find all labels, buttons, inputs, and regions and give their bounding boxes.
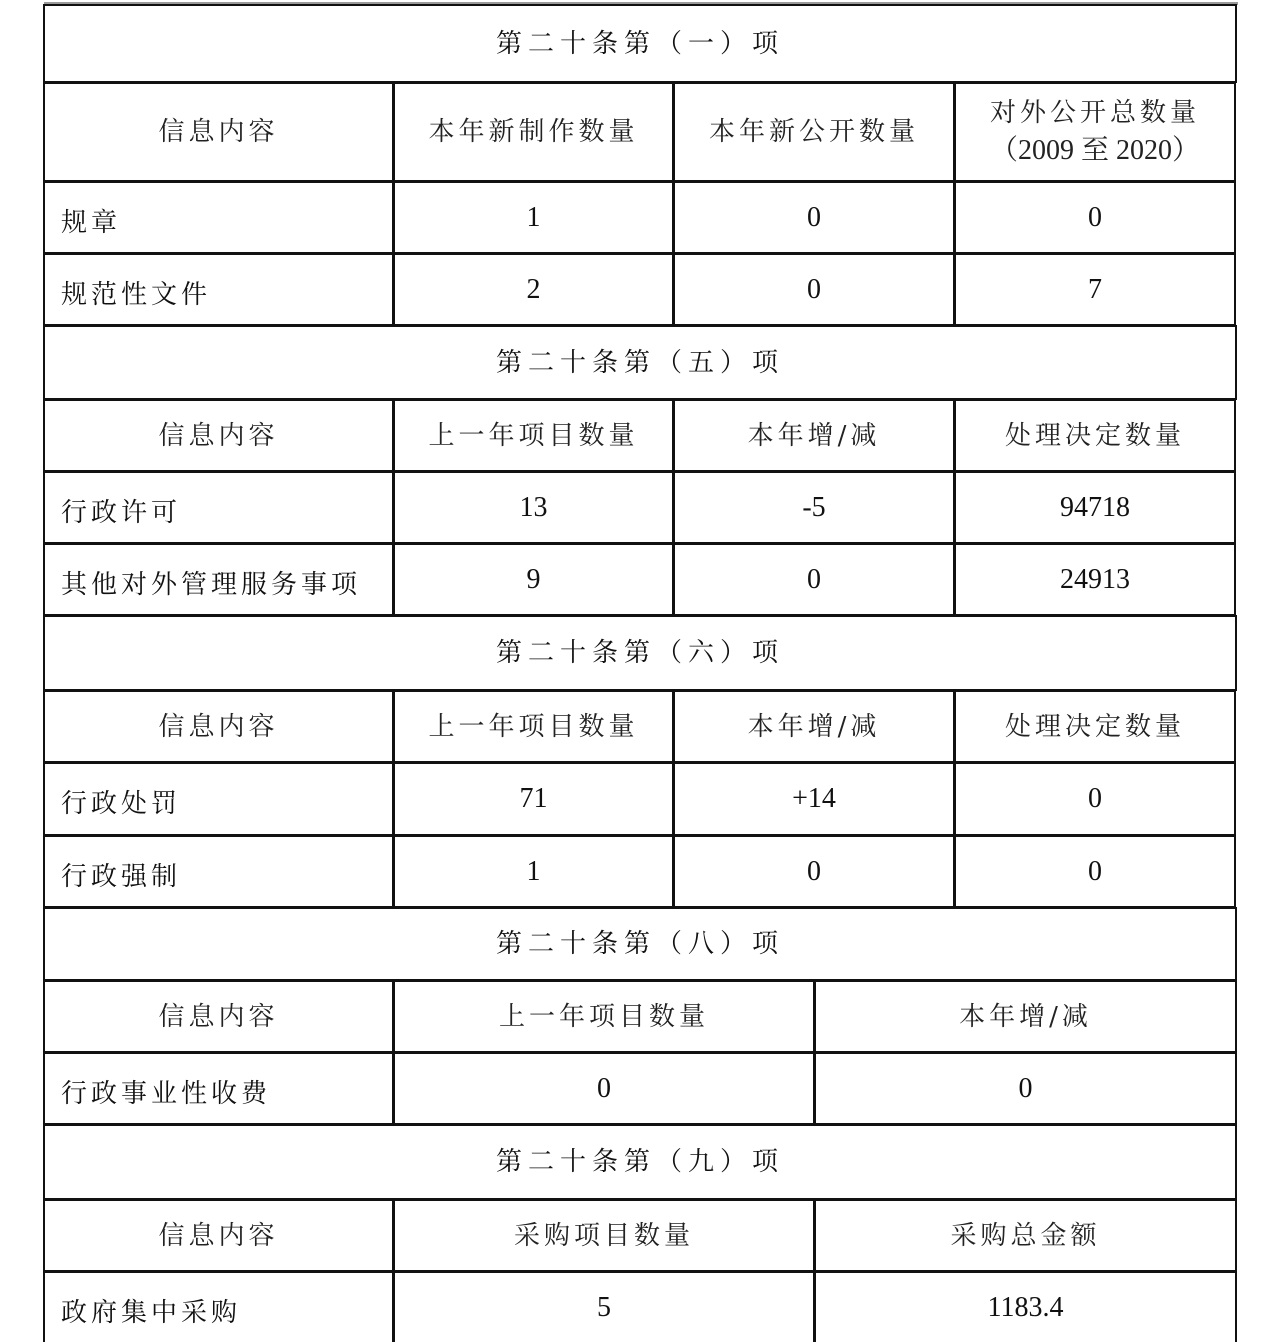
- section-title-row: 第二十条第（一）项: [44, 5, 1238, 83]
- table-row: 行政处罚 71 +14 0: [44, 763, 1238, 836]
- header-info-content: 信息内容: [43, 82, 394, 182]
- header-change: 本年增/减: [673, 690, 955, 763]
- table-row: 行政强制 1 0 0: [44, 836, 1238, 908]
- row-label: 行政处罚: [43, 762, 394, 836]
- section-title-row: 第二十条第（五）项: [44, 326, 1238, 400]
- cell-value: 94718: [954, 471, 1236, 544]
- header-change: 本年增/减: [673, 399, 955, 472]
- header-row: 信息内容 采购项目数量 采购总金额: [44, 1200, 1238, 1272]
- row-label: 规章: [43, 181, 394, 254]
- table-row: 规章 1 0 0: [44, 182, 1238, 254]
- header-new-made: 本年新制作数量: [393, 82, 674, 182]
- section-title-row: 第二十条第（六）项: [44, 616, 1238, 691]
- header-decisions: 处理决定数量: [954, 399, 1236, 472]
- header-decisions: 处理决定数量: [954, 690, 1236, 763]
- cell-value: 2: [393, 253, 674, 326]
- header-prev-year-count: 上一年项目数量: [393, 690, 674, 763]
- cell-value: 0: [673, 543, 955, 616]
- cell-value: 5: [393, 1271, 815, 1342]
- cell-value: 24913: [954, 543, 1236, 616]
- table-row: 政府集中采购 5 1183.4: [44, 1272, 1238, 1342]
- cell-value: 13: [393, 471, 674, 544]
- table-row: 其他对外管理服务事项 9 0 24913: [44, 544, 1238, 616]
- table-row: 行政许可 13 -5 94718: [44, 472, 1238, 544]
- table-row: 行政事业性收费 0 0: [44, 1053, 1238, 1125]
- header-total-public-line2: （2009 至 2020）: [990, 132, 1200, 170]
- header-change: 本年增/减: [814, 980, 1237, 1053]
- header-prev-year-count: 上一年项目数量: [393, 980, 815, 1053]
- header-prev-year-count: 上一年项目数量: [393, 399, 674, 472]
- row-label: 行政强制: [43, 835, 394, 908]
- row-label: 规范性文件: [43, 253, 394, 326]
- cell-value: 0: [673, 835, 955, 908]
- row-label: 行政许可: [43, 471, 394, 544]
- cell-value: +14: [673, 762, 955, 836]
- cell-value: 0: [954, 181, 1236, 254]
- section-title-row: 第二十条第（八）项: [44, 908, 1238, 981]
- header-info-content: 信息内容: [43, 690, 394, 763]
- cell-value: 0: [814, 1052, 1237, 1125]
- cell-value: 1183.4: [814, 1271, 1237, 1342]
- cell-value: -5: [673, 471, 955, 544]
- cell-value: 0: [954, 835, 1236, 908]
- cell-value: 1: [393, 181, 674, 254]
- section-title: 第二十条第（五）项: [43, 325, 1237, 400]
- cell-value: 0: [673, 253, 955, 326]
- section-title: 第二十条第（八）项: [43, 907, 1237, 981]
- row-label: 政府集中采购: [43, 1271, 394, 1342]
- cell-value: 0: [393, 1052, 815, 1125]
- disclosure-table: 第二十条第（一）项 信息内容 本年新制作数量 本年新公开数量 对外公开总数量 （…: [44, 5, 1238, 1342]
- cell-value: 0: [673, 181, 955, 254]
- header-row: 信息内容 本年新制作数量 本年新公开数量 对外公开总数量 （2009 至 202…: [44, 83, 1238, 182]
- section-title: 第二十条第（六）项: [43, 615, 1237, 691]
- section-title: 第二十条第（九）项: [43, 1124, 1237, 1200]
- header-new-public: 本年新公开数量: [673, 82, 955, 182]
- header-info-content: 信息内容: [43, 1199, 394, 1272]
- header-row: 信息内容 上一年项目数量 本年增/减: [44, 981, 1238, 1053]
- header-info-content: 信息内容: [43, 980, 394, 1053]
- section-title-row: 第二十条第（九）项: [44, 1125, 1238, 1200]
- header-total-public-line1: 对外公开总数量: [990, 94, 1200, 132]
- header-row: 信息内容 上一年项目数量 本年增/减 处理决定数量: [44, 400, 1238, 472]
- header-info-content: 信息内容: [43, 399, 394, 472]
- section-title: 第二十条第（一）项: [43, 4, 1237, 83]
- cell-value: 0: [954, 762, 1236, 836]
- header-purchase-count: 采购项目数量: [393, 1199, 815, 1272]
- header-total-public: 对外公开总数量 （2009 至 2020）: [954, 82, 1236, 182]
- row-label: 其他对外管理服务事项: [43, 543, 394, 616]
- table-row: 规范性文件 2 0 7: [44, 254, 1238, 326]
- header-row: 信息内容 上一年项目数量 本年增/减 处理决定数量: [44, 691, 1238, 763]
- cell-value: 7: [954, 253, 1236, 326]
- header-purchase-total: 采购总金额: [814, 1199, 1237, 1272]
- cell-value: 1: [393, 835, 674, 908]
- row-label: 行政事业性收费: [43, 1052, 394, 1125]
- cell-value: 9: [393, 543, 674, 616]
- cell-value: 71: [393, 762, 674, 836]
